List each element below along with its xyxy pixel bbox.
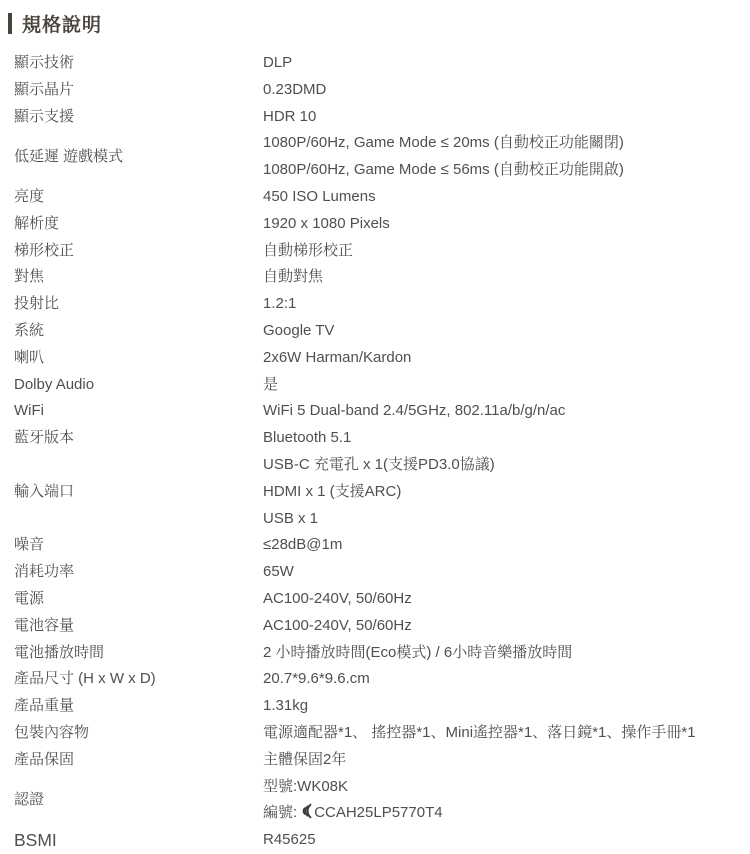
spec-label: 包裝內容物 (0, 720, 263, 747)
spec-label: 輸入端口 (0, 479, 263, 506)
spec-label: BSMI (0, 827, 263, 854)
spec-label: 產品保固 (0, 747, 263, 774)
spec-value-line: ≤28dB@1m (263, 532, 750, 559)
table-row: 電池容量 AC100-240V, 50/60Hz (0, 613, 750, 640)
spec-value-line: 2x6W Harman/Kardon (263, 345, 750, 372)
table-row: 顯示晶片 0.23DMD (0, 77, 750, 104)
table-row: 解析度 1920 x 1080 Pixels (0, 211, 750, 238)
spec-label: 噪音 (0, 532, 263, 559)
ncc-mark-icon (298, 803, 313, 819)
table-row: 電池播放時間 2 小時播放時間(Eco模式) / 6小時音樂播放時間 (0, 640, 750, 667)
spec-values: ≤28dB@1m (263, 532, 750, 559)
spec-value-line: 1080P/60Hz, Game Mode ≤ 56ms (自動校正功能開啟) (263, 157, 750, 184)
spec-values: 2x6W Harman/Kardon (263, 345, 750, 372)
table-row: BSMI R45625 (0, 827, 750, 854)
table-row: 低延遲 遊戲模式 1080P/60Hz, Game Mode ≤ 20ms (自… (0, 130, 750, 184)
spec-value-line: Google TV (263, 318, 750, 345)
spec-label: Dolby Audio (0, 372, 263, 399)
spec-value-line: 1920 x 1080 Pixels (263, 211, 750, 238)
spec-value-line: 電源適配器*1、 搖控器*1、Mini遙控器*1、落日鏡*1、操作手冊*1 (263, 720, 750, 747)
spec-values: 1920 x 1080 Pixels (263, 211, 750, 238)
spec-values: 450 ISO Lumens (263, 184, 750, 211)
spec-label: 對焦 (0, 264, 263, 291)
spec-label: 電池播放時間 (0, 640, 263, 667)
spec-values: 電源適配器*1、 搖控器*1、Mini遙控器*1、落日鏡*1、操作手冊*1 (263, 720, 750, 747)
spec-label: 投射比 (0, 291, 263, 318)
table-row: WiFi WiFi 5 Dual-band 2.4/5GHz, 802.11a/… (0, 398, 750, 425)
table-row: 包裝內容物 電源適配器*1、 搖控器*1、Mini遙控器*1、落日鏡*1、操作手… (0, 720, 750, 747)
spec-label: 電源 (0, 586, 263, 613)
spec-value-line: 65W (263, 559, 750, 586)
spec-value-line: 1.2:1 (263, 291, 750, 318)
spec-values: R45625 (263, 827, 750, 854)
table-row: 投射比 1.2:1 (0, 291, 750, 318)
spec-value-line: USB x 1 (263, 506, 750, 533)
spec-values: AC100-240V, 50/60Hz (263, 586, 750, 613)
table-row: 喇叭 2x6W Harman/Kardon (0, 345, 750, 372)
spec-value-text: CCAH25LP5770T4 (314, 804, 442, 821)
table-row: 對焦 自動對焦 (0, 264, 750, 291)
table-row: 亮度 450 ISO Lumens (0, 184, 750, 211)
spec-value-line: 2 小時播放時間(Eco模式) / 6小時音樂播放時間 (263, 640, 750, 667)
spec-table: 顯示技術 DLP 顯示晶片 0.23DMD 顯示支援 HDR 10 低延遲 遊戲… (0, 50, 750, 854)
spec-label: 解析度 (0, 211, 263, 238)
table-row: Dolby Audio 是 (0, 372, 750, 399)
spec-values: 主體保固2年 (263, 747, 750, 774)
spec-label: 顯示晶片 (0, 77, 263, 104)
table-row: 產品保固 主體保固2年 (0, 747, 750, 774)
spec-value-line: WiFi 5 Dual-band 2.4/5GHz, 802.11a/b/g/n… (263, 398, 750, 425)
spec-values: 自動梯形校正 (263, 238, 750, 265)
spec-label: 亮度 (0, 184, 263, 211)
table-row: 認證 型號:WK08K編號: CCAH25LP5770T4 (0, 774, 750, 828)
spec-value-line: 自動梯形校正 (263, 238, 750, 265)
spec-values: 型號:WK08K編號: CCAH25LP5770T4 (263, 774, 750, 828)
spec-values: 65W (263, 559, 750, 586)
spec-value-line: 450 ISO Lumens (263, 184, 750, 211)
spec-value-line: 自動對焦 (263, 264, 750, 291)
spec-values: 自動對焦 (263, 264, 750, 291)
spec-label: 顯示技術 (0, 50, 263, 77)
spec-label: 產品尺寸 (H x W x D) (0, 666, 263, 693)
spec-value-line: 型號:WK08K (263, 774, 750, 801)
spec-value-line: 1.31kg (263, 693, 750, 720)
spec-label: 系統 (0, 318, 263, 345)
spec-values: 1080P/60Hz, Game Mode ≤ 20ms (自動校正功能關閉)1… (263, 130, 750, 184)
spec-label: 電池容量 (0, 613, 263, 640)
spec-label: 低延遲 遊戲模式 (0, 144, 263, 171)
spec-values: 20.7*9.6*9.6.cm (263, 666, 750, 693)
spec-values: 是 (263, 372, 750, 399)
table-row: 梯形校正 自動梯形校正 (0, 238, 750, 265)
table-row: 藍牙版本 Bluetooth 5.1 (0, 425, 750, 452)
spec-label: 消耗功率 (0, 559, 263, 586)
spec-value-line: 主體保固2年 (263, 747, 750, 774)
spec-value-line: USB-C 充電孔 x 1(支援PD3.0協議) (263, 452, 750, 479)
spec-value-line: 編號: CCAH25LP5770T4 (263, 800, 750, 827)
spec-value-line: 1080P/60Hz, Game Mode ≤ 20ms (自動校正功能關閉) (263, 130, 750, 157)
table-row: 電源 AC100-240V, 50/60Hz (0, 586, 750, 613)
page-title: 規格說明 (22, 10, 102, 37)
spec-value-line: 0.23DMD (263, 77, 750, 104)
spec-values: 2 小時播放時間(Eco模式) / 6小時音樂播放時間 (263, 640, 750, 667)
spec-values: Bluetooth 5.1 (263, 425, 750, 452)
spec-values: Google TV (263, 318, 750, 345)
table-row: 消耗功率 65W (0, 559, 750, 586)
table-row: 產品重量 1.31kg (0, 693, 750, 720)
accent-bar (8, 13, 12, 34)
spec-values: DLP (263, 50, 750, 77)
spec-label: 認證 (0, 787, 263, 814)
table-row: 顯示技術 DLP (0, 50, 750, 77)
spec-label: 喇叭 (0, 345, 263, 372)
spec-value-line: R45625 (263, 827, 750, 854)
spec-label: 顯示支援 (0, 104, 263, 131)
spec-values: WiFi 5 Dual-band 2.4/5GHz, 802.11a/b/g/n… (263, 398, 750, 425)
table-row: 系統 Google TV (0, 318, 750, 345)
spec-value-line: HDR 10 (263, 104, 750, 131)
spec-label: 藍牙版本 (0, 425, 263, 452)
spec-label: WiFi (0, 398, 263, 425)
spec-value-line: DLP (263, 50, 750, 77)
section-header: 規格說明 (0, 0, 750, 37)
spec-value-line: Bluetooth 5.1 (263, 425, 750, 452)
spec-value-line: AC100-240V, 50/60Hz (263, 586, 750, 613)
spec-value-prefix: 編號: (263, 804, 297, 821)
spec-value-line: 是 (263, 372, 750, 399)
spec-value-line: HDMI x 1 (支援ARC) (263, 479, 750, 506)
spec-value-line: 20.7*9.6*9.6.cm (263, 666, 750, 693)
spec-values: 1.2:1 (263, 291, 750, 318)
table-row: 輸入端口 USB-C 充電孔 x 1(支援PD3.0協議)HDMI x 1 (支… (0, 452, 750, 532)
spec-value-line: AC100-240V, 50/60Hz (263, 613, 750, 640)
table-row: 產品尺寸 (H x W x D) 20.7*9.6*9.6.cm (0, 666, 750, 693)
spec-values: HDR 10 (263, 104, 750, 131)
spec-values: USB-C 充電孔 x 1(支援PD3.0協議)HDMI x 1 (支援ARC)… (263, 452, 750, 532)
table-row: 噪音 ≤28dB@1m (0, 532, 750, 559)
spec-values: 1.31kg (263, 693, 750, 720)
spec-label: 產品重量 (0, 693, 263, 720)
spec-values: AC100-240V, 50/60Hz (263, 613, 750, 640)
spec-label: 梯形校正 (0, 238, 263, 265)
table-row: 顯示支援 HDR 10 (0, 104, 750, 131)
spec-values: 0.23DMD (263, 77, 750, 104)
